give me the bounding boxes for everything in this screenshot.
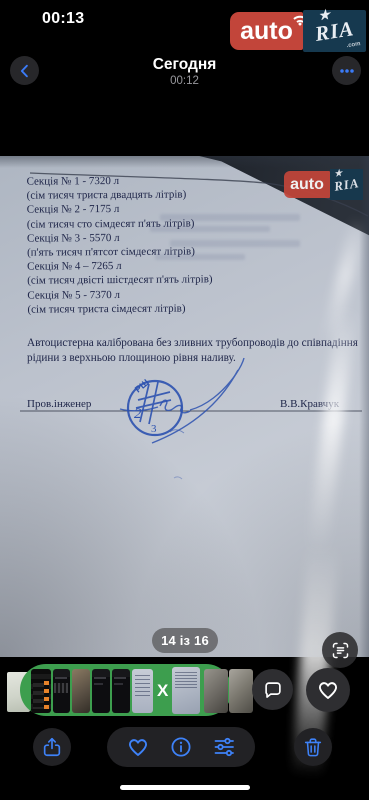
favorite-quick-button[interactable] <box>306 668 350 712</box>
share-button[interactable] <box>33 728 71 766</box>
x-mark-label: X <box>157 681 168 701</box>
thumbnail-document-photo[interactable] <box>132 669 153 713</box>
share-icon <box>41 736 63 758</box>
brand-badge-auto: auto <box>230 12 303 50</box>
ria-star-icon: ★ <box>317 7 332 22</box>
page-indicator-badge: 14 із 16 <box>152 628 218 653</box>
info-icon <box>169 735 193 759</box>
stamp-text-left: 2 <box>134 406 142 422</box>
sliders-icon <box>212 735 236 759</box>
thumbnail-current-photo[interactable] <box>172 667 200 714</box>
thumbnail-machinery-photo[interactable] <box>204 669 228 713</box>
stamp-text-bottom: 3 <box>151 423 157 435</box>
document-ink-overlay: РШ 2 3 <box>0 156 369 657</box>
live-text-icon <box>330 640 351 661</box>
more-button[interactable] <box>332 56 361 85</box>
watermark-auto-label: auto <box>290 176 324 194</box>
favorite-button[interactable] <box>126 735 150 759</box>
heart-icon <box>316 678 340 702</box>
home-indicator[interactable] <box>120 785 250 790</box>
heart-icon <box>126 735 150 759</box>
status-time: 00:13 <box>42 10 84 28</box>
live-text-button[interactable] <box>322 632 358 668</box>
stamp-text-top: РШ <box>133 377 151 394</box>
photo-viewer-app: 00:13 auto ★ RIA .com Сегодня 00:12 <box>0 0 369 800</box>
thumbnail-interior-photo[interactable] <box>72 669 90 713</box>
trash-icon <box>302 736 324 758</box>
thumbnail-screenshot[interactable] <box>112 669 130 713</box>
photo-document-image[interactable]: Секція № 1 - 7320 л (сім тисяч триста дв… <box>0 156 369 657</box>
info-button[interactable] <box>169 735 193 759</box>
watermark-ria-badge: ★ RIA <box>330 169 363 200</box>
brand-auto-label: auto <box>240 17 293 46</box>
ria-star-icon: ★ <box>333 168 343 178</box>
thumbnail-calculator-screenshot[interactable] <box>31 669 51 713</box>
thumbnail-machinery-photo[interactable] <box>229 669 253 713</box>
toolbar-pill <box>107 727 255 767</box>
watermark-auto-badge: auto <box>284 171 330 198</box>
comment-button[interactable] <box>252 669 293 710</box>
ellipsis-icon <box>337 61 357 81</box>
brand-badge-ria: ★ RIA .com <box>303 10 366 52</box>
delete-button[interactable] <box>294 728 332 766</box>
thumbnail-screenshot[interactable] <box>92 669 110 713</box>
page-title: Сегодня <box>0 56 369 74</box>
brand-ria-com: .com <box>346 41 361 49</box>
thumbnail-screenshot[interactable] <box>53 669 70 713</box>
speech-bubble-icon <box>262 679 284 701</box>
adjust-button[interactable] <box>212 735 236 759</box>
sleeve-edge-shadow <box>359 156 369 657</box>
page-subtitle: 00:12 <box>0 75 369 87</box>
